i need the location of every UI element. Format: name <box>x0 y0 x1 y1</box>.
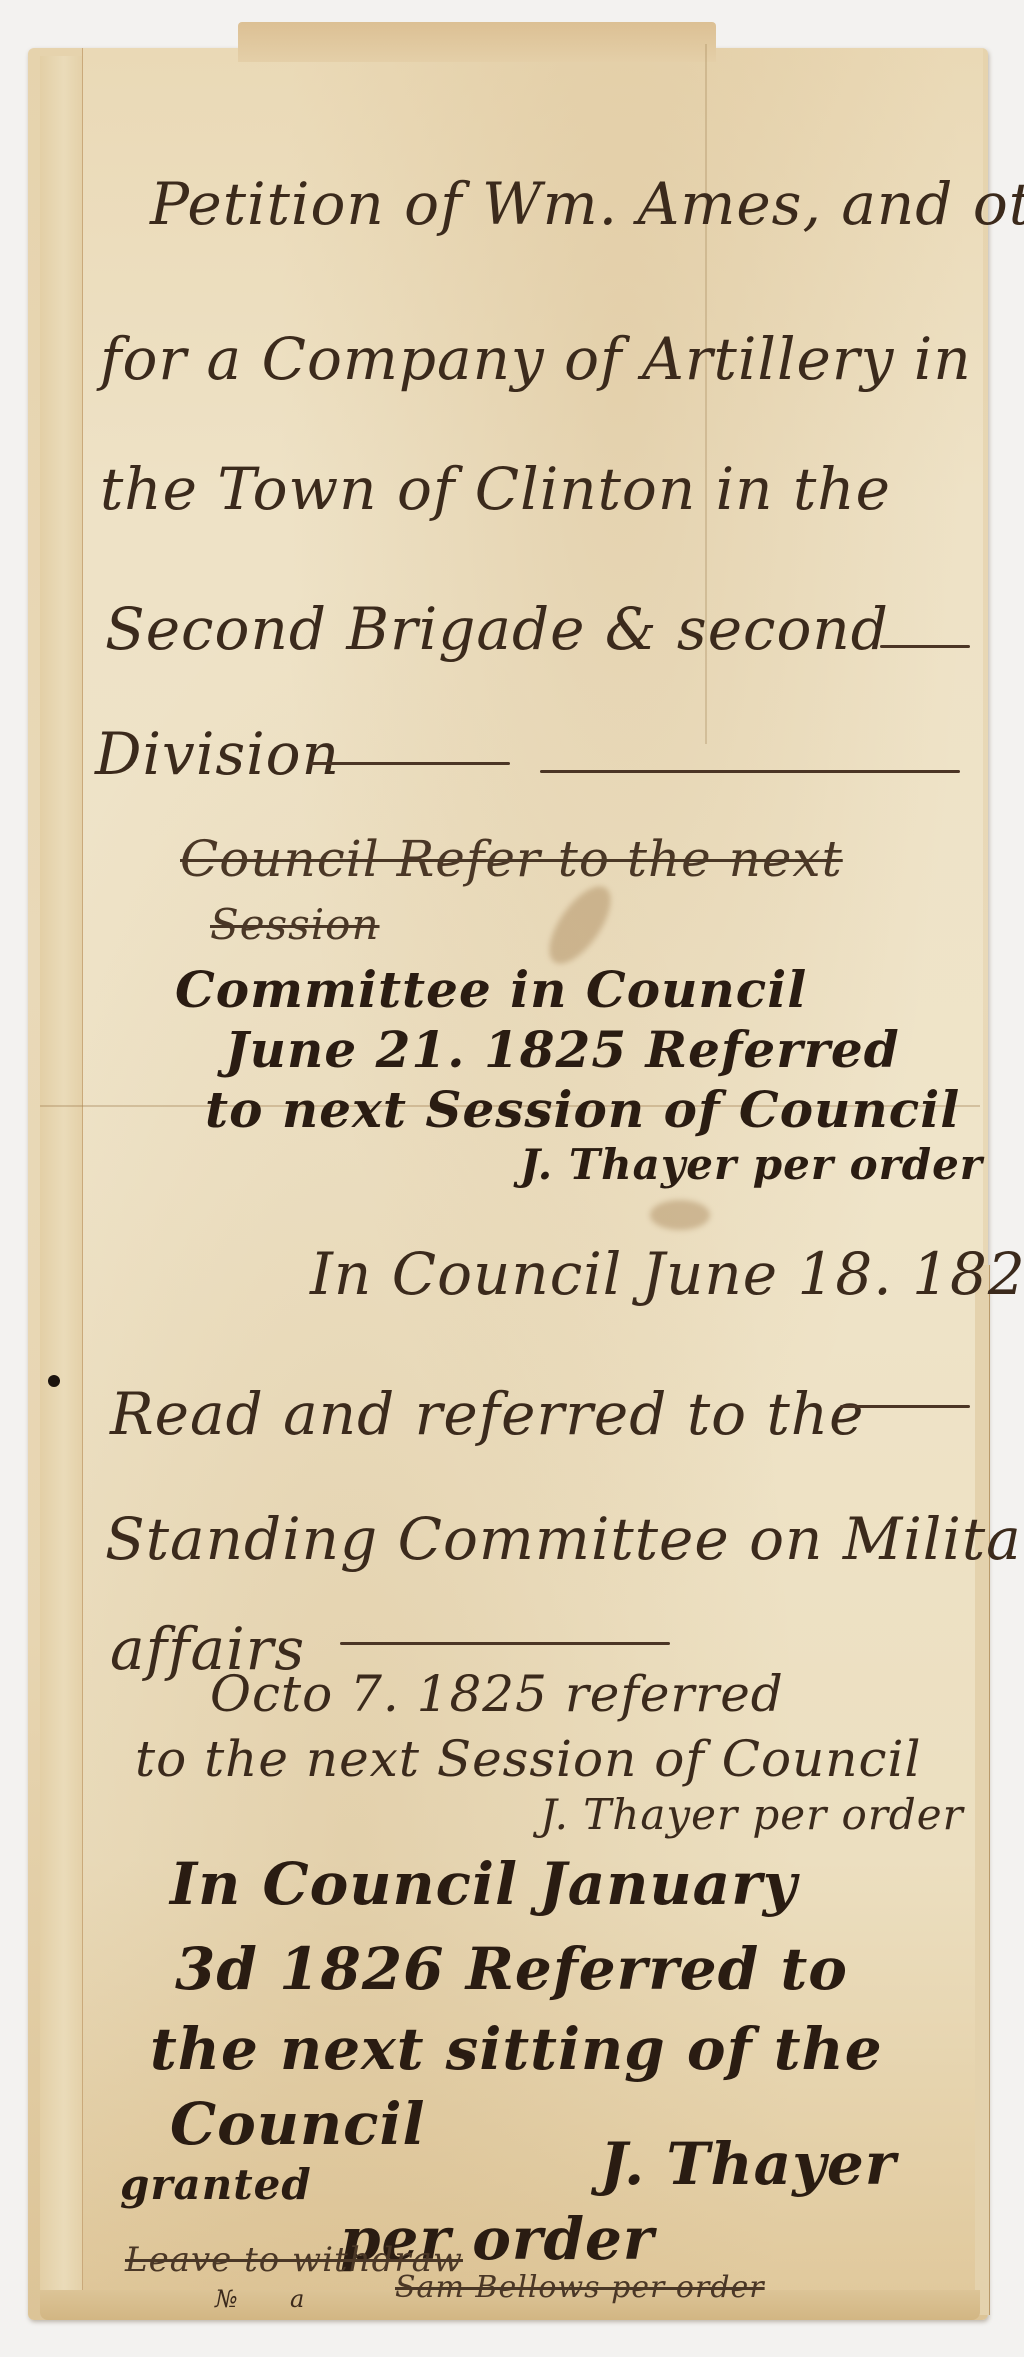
struck-note-line-2: Session <box>210 900 380 949</box>
document-scan: Petition of Wm. Ames, and others for a C… <box>0 0 1024 2357</box>
title-underline <box>880 645 970 648</box>
paper-right-tab <box>975 1265 990 2315</box>
granted-label: granted <box>120 2160 312 2209</box>
struck-note-line-1: Council Refer to the next <box>180 830 843 888</box>
october-note-line-2: to the next Session of Council <box>135 1730 921 1788</box>
committee-note-signature: J. Thayer per order <box>520 1140 983 1189</box>
january-note-signature: J. Thayer <box>600 2130 896 2198</box>
committee-note-line-1: Committee in Council <box>175 960 807 1019</box>
council-note-line-1: Read and referred to the <box>110 1380 864 1448</box>
title-line-1: Petition of Wm. Ames, and others <box>150 170 1024 238</box>
council-note-line-2: Standing Committee on Military <box>105 1505 1024 1573</box>
committee-note-line-3: to next Session of Council <box>205 1080 960 1139</box>
ink-blot <box>48 1375 60 1387</box>
title-line-4: Second Brigade & second <box>105 595 889 663</box>
ink-stain <box>650 1200 710 1230</box>
council-note-heading: In Council June 18. 1825 <box>310 1240 1024 1308</box>
division-rule-left <box>310 762 510 765</box>
margin-mark-2: a <box>290 2285 305 2313</box>
january-note-line-2: 3d 1826 Referred to <box>175 1935 848 2003</box>
title-line-5: Division <box>95 720 340 788</box>
margin-mark-1: № <box>215 2285 239 2313</box>
october-note-signature: J. Thayer per order <box>540 1790 964 1839</box>
council-note-rule <box>840 1405 970 1408</box>
january-note-line-3: the next sitting of the <box>150 2015 883 2083</box>
affairs-rule <box>340 1642 670 1645</box>
october-note-line-1: Octo 7. 1825 referred <box>210 1665 784 1723</box>
committee-note-line-2: June 21. 1825 Referred <box>225 1020 900 1079</box>
paper-top-flap <box>238 22 716 62</box>
bottom-struck-line-2: Sam Bellows per order <box>395 2270 765 2305</box>
title-line-2: for a Company of Artillery in <box>100 325 972 393</box>
january-note-line-1: In Council January <box>170 1850 797 1918</box>
january-note-line-4: Council <box>170 2090 426 2158</box>
title-line-3: the Town of Clinton in the <box>100 455 891 523</box>
division-rule-right <box>540 770 960 773</box>
